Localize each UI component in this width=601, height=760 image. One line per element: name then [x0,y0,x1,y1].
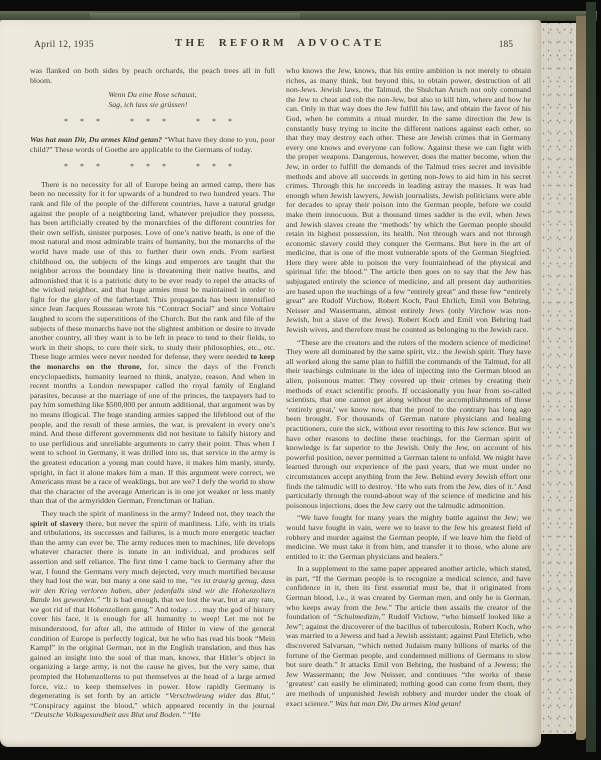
header-date: April 12, 1935 [34,40,94,50]
left-column: was flanked on both sides by peach orcha… [30,66,275,744]
asterisk-separator: * * ** * ** * * [30,162,275,172]
paragraph: was flanked on both sides by peach orcha… [30,66,275,85]
page-edge-stack [539,23,576,734]
paragraph: “We have fought for many years the might… [286,513,531,561]
page-number: 185 [499,40,513,50]
book-board-edge [576,16,586,740]
journal-title: THE REFORM ADVOCATE [175,37,385,49]
paragraph: “These are the creators and the rulers o… [286,338,531,511]
journal-page: April 12, 1935 THE REFORM ADVOCATE 185 w… [0,20,541,747]
scanned-book-photo: April 12, 1935 THE REFORM ADVOCATE 185 w… [0,0,601,760]
paragraph: In a supplement to the same paper appear… [286,564,531,708]
text-columns: was flanked on both sides by peach orcha… [30,66,531,744]
book-cover-right-edge [586,2,596,752]
paragraph: who knows the Jew, knows, that his entir… [286,66,531,335]
paragraph: They teach the spirit of manliness in th… [30,509,275,720]
right-column: who knows the Jew, knows, that his entir… [286,66,531,744]
poem-quote: Wenn Du eine Rose schaust,Sag, ich lass … [30,90,275,109]
asterisk-separator: * * ** * ** * * [30,117,275,127]
paragraph: There is no necessity for all of Europe … [30,180,275,506]
page-header: April 12, 1935 THE REFORM ADVOCATE 185 [34,37,513,59]
paragraph: Was hat man Dir, Du armes Kind getan? “W… [30,135,275,154]
